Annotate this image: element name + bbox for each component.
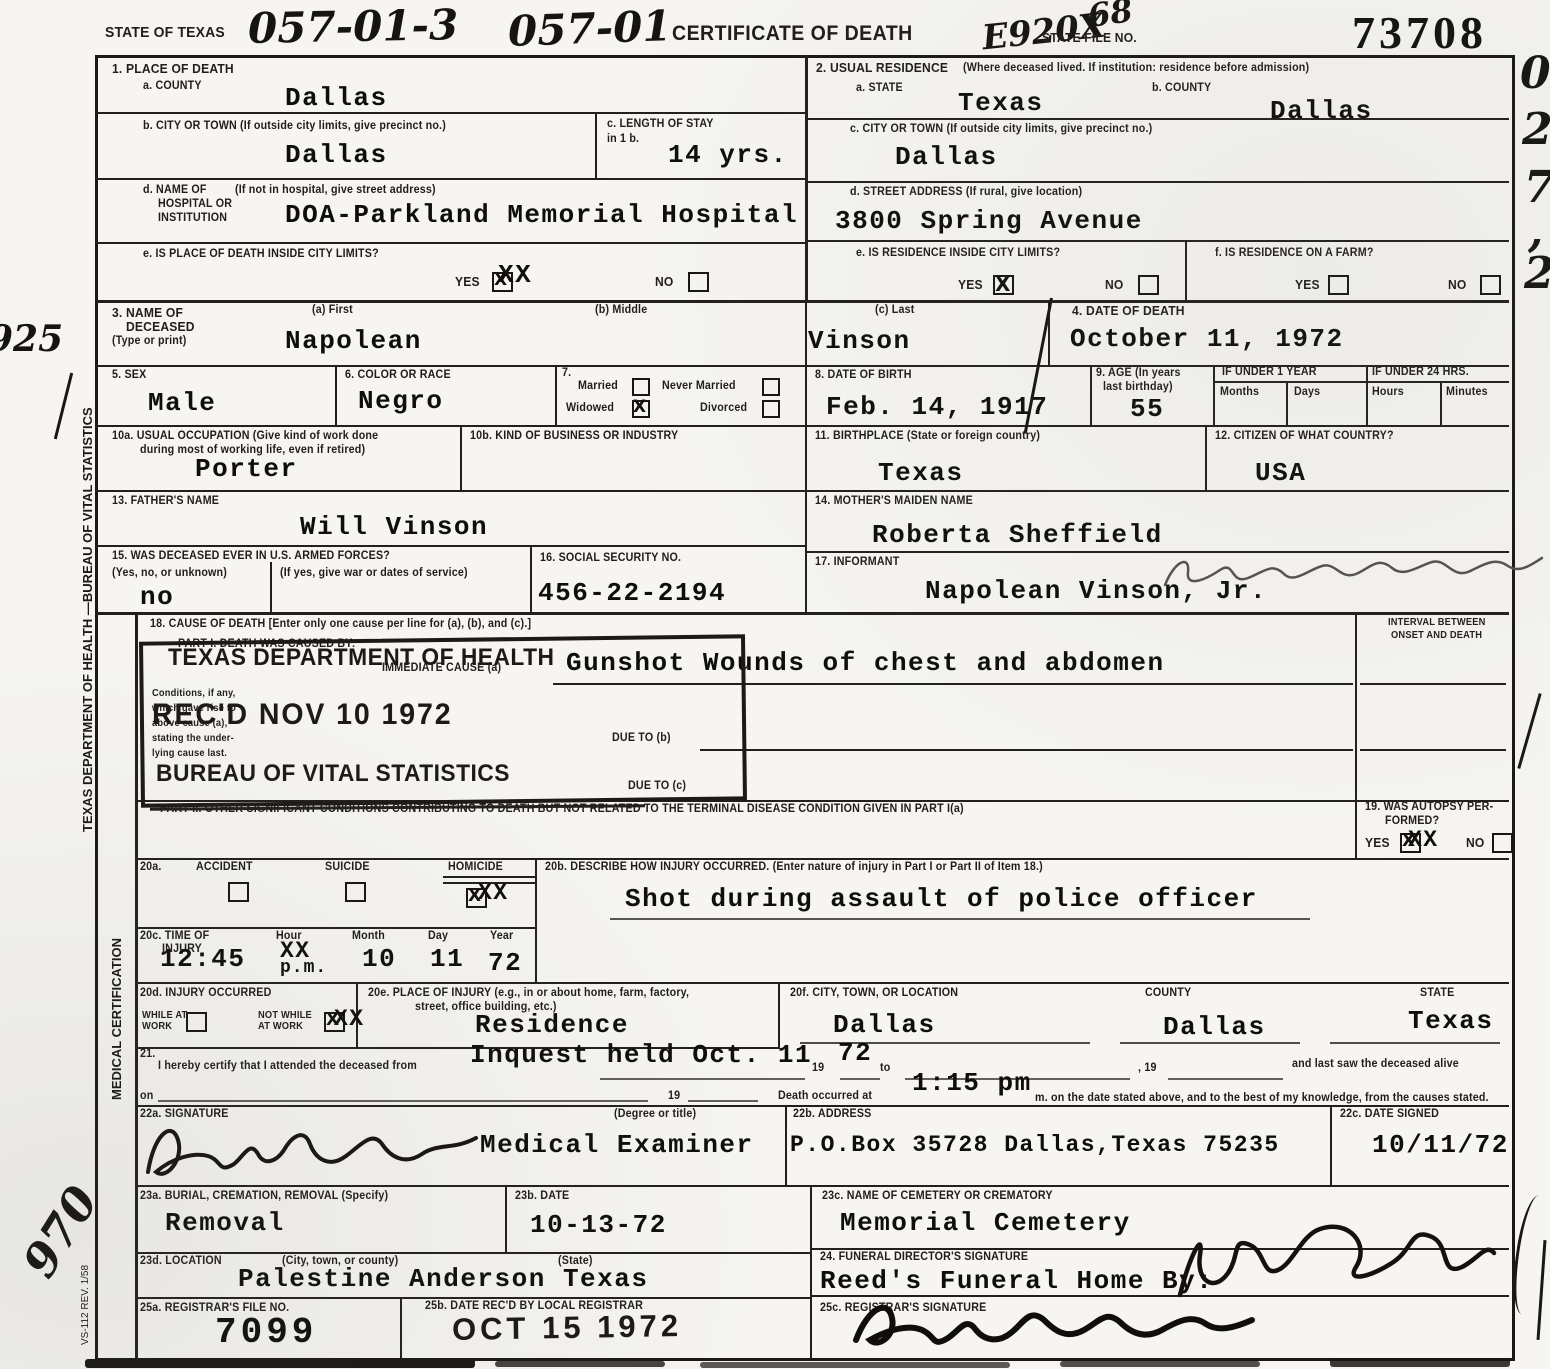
city-or-town-label: b. CITY OR TOWN (If outside city limits,…	[143, 120, 446, 132]
state-file-no-label: STATE FILE NO.	[1042, 30, 1137, 45]
not-while-at-work-label-1: NOT WHILE	[258, 1010, 312, 1021]
divider	[555, 365, 557, 425]
typed-xx-mark: XX	[478, 880, 509, 906]
ssn-value: 456-22-2194	[538, 578, 726, 608]
no-label: NO	[1466, 835, 1485, 850]
birthplace-value: Texas	[878, 458, 964, 488]
time-of-injury-label-1: 20c. TIME OF	[140, 930, 209, 942]
certify-number-label: 21.	[140, 1048, 155, 1060]
cemetery-label: 23c. NAME OF CEMETERY OR CREMATORY	[822, 1190, 1053, 1202]
type-or-print-hint: (Type or print)	[112, 335, 186, 347]
month-label: Month	[352, 930, 385, 942]
state-of-texas-label: STATE OF TEXAS	[105, 24, 225, 41]
if-under-1-year-label: IF UNDER 1 YEAR	[1222, 366, 1317, 378]
no-checkbox	[1138, 275, 1159, 295]
divider	[1213, 365, 1215, 425]
address-label: 22b. ADDRESS	[793, 1108, 872, 1120]
burial-cremation-label: 23a. BURIAL, CREMATION, REMOVAL (Specify…	[140, 1190, 388, 1202]
cause-b-line	[700, 749, 1353, 751]
divider	[135, 927, 535, 929]
divider	[95, 300, 1509, 303]
form-revision-code: VS-112 REV. 1/58	[80, 1265, 91, 1345]
scan-artifact	[1330, 1358, 1510, 1367]
typed-year-value: 72	[838, 1038, 872, 1068]
divider	[460, 425, 462, 490]
residence-state-label: a. STATE	[856, 82, 903, 94]
date-of-birth-value: Feb. 14, 1917	[826, 392, 1048, 422]
armed-forces-hint-2: (If yes, give war or dates of service)	[280, 567, 468, 579]
divider	[1213, 381, 1509, 383]
divider	[810, 1185, 812, 1358]
widowed-label: Widowed	[566, 402, 614, 414]
handwritten-stroke-left	[54, 373, 73, 440]
divider	[135, 1297, 812, 1299]
handwritten-margin-925: 925	[0, 318, 63, 360]
divider	[805, 240, 1509, 242]
stamp-line-2: REC'D NOV 10 1972	[152, 698, 452, 732]
informant-label: 17. INFORMANT	[815, 556, 899, 568]
divider	[95, 178, 805, 180]
stamp-line-3: BUREAU OF VITAL STATISTICS	[156, 760, 510, 788]
interval-label-2: ONSET AND DEATH	[1391, 630, 1482, 641]
year-label: Year	[490, 930, 513, 942]
name-of-deceased-label-1: 3. NAME OF	[112, 305, 183, 320]
armed-forces-value: no	[140, 582, 174, 612]
while-at-work-label-1: WHILE AT	[142, 1010, 187, 1021]
residence-on-farm-label: f. IS RESIDENCE ON A FARM?	[1215, 247, 1374, 259]
hospital-name-hint: (If not in hospital, give street address…	[235, 184, 436, 196]
handwritten-code-2: 057-01	[507, 1, 672, 56]
year-19-label: 19	[668, 1090, 680, 1102]
divider	[95, 545, 805, 547]
registrar-signature	[848, 1290, 1268, 1355]
injury-occurred-label: 20d. INJURY OCCURRED	[140, 987, 271, 999]
yes-label: YES	[1365, 835, 1390, 850]
no-label: NO	[655, 274, 674, 289]
place-inside-city-limits-label: e. IS PLACE OF DEATH INSIDE CITY LIMITS?	[143, 248, 379, 260]
residence-county-label: b. COUNTY	[1152, 82, 1211, 94]
fathers-name-value: Will Vinson	[300, 512, 488, 542]
date-of-birth-label: 8. DATE OF BIRTH	[815, 369, 912, 381]
underline	[158, 1100, 648, 1102]
divider	[95, 112, 805, 114]
date-received-stamp: OCT 15 1972	[452, 1308, 683, 1348]
divider	[1286, 383, 1288, 425]
divider	[135, 1252, 812, 1254]
county-value: Dallas	[285, 83, 388, 113]
residence-county-value: Dallas	[1270, 96, 1373, 126]
divider	[1330, 1105, 1332, 1185]
scan-artifact	[700, 1362, 1010, 1368]
burial-date-value: 10-13-72	[530, 1210, 667, 1240]
name-of-deceased-label-2: DECEASED	[126, 319, 195, 334]
citizen-label: 12. CITIZEN OF WHAT COUNTRY?	[1215, 430, 1394, 442]
place-of-death-label: 1. PLACE OF DEATH	[112, 61, 234, 76]
while-at-work-checkbox	[186, 1012, 207, 1032]
suicide-checkbox	[345, 882, 366, 902]
divider	[778, 982, 780, 1047]
cause-of-death-label: 18. CAUSE OF DEATH [Enter only one cause…	[150, 618, 531, 630]
divider	[1185, 240, 1187, 300]
homicide-underline-1	[443, 876, 535, 878]
interval-label-1: INTERVAL BETWEEN	[1388, 617, 1486, 628]
divider	[805, 118, 1509, 120]
street-address-value: 3800 Spring Avenue	[835, 206, 1143, 236]
burial-date-label: 23b. DATE	[515, 1190, 569, 1202]
stamp-line-1: TEXAS DEPARTMENT OF HEALTH	[168, 644, 554, 672]
age-value: 55	[1130, 394, 1164, 424]
minutes-label: Minutes	[1446, 386, 1488, 398]
divider	[530, 545, 532, 612]
first-name-label: (a) First	[312, 304, 353, 316]
year-value: 72	[488, 948, 522, 978]
underline	[840, 1078, 880, 1080]
divider	[95, 490, 1509, 492]
injury-description-value: Shot during assault of police officer	[625, 884, 1258, 914]
birthplace-label: 11. BIRTHPLACE (State or foreign country…	[815, 430, 1040, 442]
middle-name-label: (b) Middle	[595, 304, 647, 316]
months-label: Months	[1220, 386, 1259, 398]
divider	[805, 55, 808, 300]
divider	[270, 562, 272, 612]
injury-20b-label: 20b. DESCRIBE HOW INJURY OCCURRED. (Ente…	[545, 861, 1043, 873]
margin-digit-0: 0	[1520, 48, 1550, 99]
typed-xx-mark: XX	[334, 1006, 365, 1032]
not-while-at-work-label-2: AT WORK	[258, 1021, 303, 1032]
certify-text: I hereby certify that I attended the dec…	[158, 1060, 417, 1072]
street-address-label: d. STREET ADDRESS (If rural, give locati…	[850, 186, 1082, 198]
death-certificate-scan: STATE OF TEXAS 057-01-3 057-01 CERTIFICA…	[0, 0, 1550, 1369]
color-or-race-label: 6. COLOR OR RACE	[345, 369, 451, 381]
hospital-value: DOA-Parkland Memorial Hospital	[285, 200, 798, 230]
checkbox-x-mark: X	[633, 397, 646, 417]
residence-inside-limits-label: e. IS RESIDENCE INSIDE CITY LIMITS?	[856, 247, 1060, 259]
underline	[1168, 1078, 1283, 1080]
ssn-label: 16. SOCIAL SECURITY NO.	[540, 552, 681, 564]
month-value: 10	[362, 944, 396, 974]
underline	[600, 1078, 805, 1080]
state-file-number: 73708	[1352, 6, 1487, 59]
autopsy-label-1: 19. WAS AUTOPSY PER-	[1365, 801, 1493, 813]
divider	[135, 612, 138, 1358]
divider	[1355, 612, 1357, 858]
homicide-label: HOMICIDE	[448, 861, 503, 873]
vertical-agency-caption: TEXAS DEPARTMENT OF HEALTH —BUREAU OF VI…	[80, 407, 95, 832]
divorced-label: Divorced	[700, 402, 747, 414]
date-signed-value: 10/11/72	[1372, 1130, 1509, 1160]
citizen-value: USA	[1255, 458, 1306, 488]
degree-or-title-label: (Degree or title)	[614, 1108, 696, 1120]
accident-checkbox	[228, 882, 249, 902]
divider	[535, 858, 537, 982]
divider	[135, 1185, 1509, 1187]
certify-tail-text: m. on the date stated above, and to the …	[1035, 1092, 1489, 1104]
sex-value: Male	[148, 388, 216, 418]
last-name-value: Vinson	[808, 326, 911, 356]
divider	[335, 365, 337, 425]
divider	[95, 242, 805, 244]
age-label-2: last birthday)	[1103, 381, 1173, 393]
day-value: 11	[430, 944, 464, 974]
no-label: NO	[1105, 277, 1124, 292]
length-of-stay-label: c. LENGTH OF STAY	[607, 118, 714, 130]
institution-label: INSTITUTION	[158, 212, 227, 224]
divider	[1366, 365, 1368, 425]
informant-handwritten-signature	[1160, 540, 1545, 600]
underline	[1120, 1042, 1300, 1044]
yes-label: YES	[455, 274, 480, 289]
divider	[95, 612, 1509, 615]
no-checkbox	[1492, 833, 1513, 853]
margin-digit-4: 2	[1524, 248, 1550, 299]
residence-city-value: Dallas	[895, 142, 998, 172]
armed-forces-label: 15. WAS DECEASED EVER IN U.S. ARMED FORC…	[112, 550, 390, 562]
injury-state-label: STATE	[1420, 987, 1454, 999]
yes-label: YES	[1295, 277, 1320, 292]
day-label: Day	[428, 930, 448, 942]
injury-20a-label: 20a.	[140, 861, 162, 873]
margin-digit-1: 2	[1522, 104, 1550, 155]
certificate-title: CERTIFICATE OF DEATH	[672, 22, 913, 46]
location-value: Palestine Anderson Texas	[238, 1264, 648, 1294]
comma-19-label: , 19	[1138, 1062, 1157, 1074]
scan-artifact	[1060, 1361, 1260, 1367]
typed-death-time-value: 1:15 pm	[912, 1068, 1032, 1098]
scan-artifact	[495, 1361, 665, 1367]
first-name-value: Napolean	[285, 326, 422, 356]
while-at-work-label-2: WORK	[142, 1021, 172, 1032]
age-label-1: 9. AGE (In years	[1096, 367, 1181, 379]
divider	[1360, 683, 1506, 685]
handwritten-code-1: 057-01-3	[248, 0, 459, 53]
residence-city-label: c. CITY OR TOWN (If outside city limits,…	[850, 123, 1152, 135]
if-under-24-hrs-label: IF UNDER 24 HRS.	[1372, 366, 1469, 378]
married-label: Married	[578, 380, 618, 392]
death-occurred-at-label: Death occurred at	[778, 1090, 872, 1102]
sex-label: 5. SEX	[112, 369, 146, 381]
length-of-stay-value: 14 yrs.	[668, 140, 788, 170]
scan-artifact	[85, 1359, 475, 1368]
inquest-typed-value: Inquest held Oct. 11	[470, 1040, 812, 1070]
place-of-injury-value: Residence	[475, 1010, 629, 1040]
last-saw-text: and last saw the deceased alive	[1292, 1058, 1459, 1070]
yes-label: YES	[958, 277, 983, 292]
usual-residence-label: 2. USUAL RESIDENCE	[816, 60, 948, 75]
race-value: Negro	[358, 386, 444, 416]
address-value: P.O.Box 35728 Dallas,Texas 75235	[790, 1132, 1280, 1158]
marital-status-label: 7.	[562, 367, 571, 379]
hours-label: Hours	[1372, 386, 1404, 398]
funeral-director-signature-label: 24. FUNERAL DIRECTOR'S SIGNATURE	[820, 1251, 1028, 1263]
registrar-file-no-value: 7099	[215, 1312, 317, 1353]
city-value: Dallas	[285, 140, 388, 170]
year-19-label: 19	[812, 1062, 824, 1074]
never-married-checkbox	[762, 378, 780, 396]
usual-residence-hint: (Where deceased lived. If institution: r…	[963, 62, 1309, 74]
checkbox-x-mark: X	[995, 272, 1010, 296]
divider	[1440, 383, 1442, 425]
underline	[688, 1100, 758, 1102]
fathers-name-label: 13. FATHER'S NAME	[112, 495, 219, 507]
occupation-value: Porter	[195, 454, 298, 484]
medical-examiner-signature	[142, 1112, 482, 1184]
days-label: Days	[1294, 386, 1320, 398]
divider	[595, 112, 597, 178]
divider	[135, 1105, 1509, 1107]
ampm-value: p.m.	[280, 958, 327, 978]
residence-state-value: Texas	[958, 88, 1044, 118]
hospital-name-label: d. NAME OF	[143, 184, 207, 196]
mothers-maiden-name-value: Roberta Sheffield	[872, 520, 1163, 550]
underline	[1330, 1042, 1500, 1044]
date-of-death-label: 4. DATE OF DEATH	[1072, 303, 1185, 318]
injury-state-value: Texas	[1408, 1006, 1494, 1036]
date-of-death-value: October 11, 1972	[1070, 324, 1344, 354]
accident-label: ACCIDENT	[196, 861, 253, 873]
divorced-checkbox	[762, 400, 780, 418]
hospital-or-label: HOSPITAL OR	[158, 198, 232, 210]
no-checkbox	[1480, 275, 1501, 295]
never-married-label: Never Married	[662, 380, 736, 392]
divider	[785, 1105, 787, 1185]
burial-value: Removal	[165, 1208, 285, 1238]
divider	[1205, 425, 1207, 490]
business-industry-label: 10b. KIND OF BUSINESS OR INDUSTRY	[470, 430, 678, 442]
last-name-label: (c) Last	[875, 304, 915, 316]
underline	[610, 918, 1310, 920]
divider	[505, 1185, 507, 1252]
injury-county-value: Dallas	[1163, 1012, 1266, 1042]
degree-or-title-value: Medical Examiner	[480, 1130, 754, 1160]
injury-city-label: 20f. CITY, TOWN, OR LOCATION	[790, 987, 958, 999]
cemetery-value: Memorial Cemetery	[840, 1208, 1131, 1238]
divider	[1360, 749, 1506, 751]
autopsy-label-2: FORMED?	[1385, 815, 1439, 827]
typed-xx-mark: XX	[498, 260, 532, 290]
county-label: a. COUNTY	[143, 80, 202, 92]
typed-xx-mark: XX	[1408, 827, 1439, 853]
to-label: to	[880, 1062, 890, 1074]
divider	[400, 1297, 402, 1358]
no-checkbox	[688, 272, 709, 292]
no-label: NO	[1448, 277, 1467, 292]
mothers-maiden-name-label: 14. MOTHER'S MAIDEN NAME	[815, 495, 973, 507]
time-value: 12:45	[160, 944, 246, 974]
divider	[135, 982, 1509, 984]
divider	[1090, 365, 1092, 425]
occupation-label-1: 10a. USUAL OCCUPATION (Give kind of work…	[112, 430, 378, 442]
divider	[805, 181, 1509, 183]
handwritten-stroke-right-1	[1517, 693, 1541, 769]
divider	[95, 425, 1509, 427]
armed-forces-hint-1: (Yes, no, or unknown)	[112, 567, 227, 579]
injury-county-label: COUNTY	[1145, 987, 1191, 999]
on-label: on	[140, 1090, 153, 1102]
yes-checkbox	[1328, 275, 1349, 295]
injury-city-value: Dallas	[833, 1010, 936, 1040]
divider	[805, 300, 807, 612]
length-of-stay-sublabel: in 1 b.	[607, 133, 639, 145]
suicide-label: SUICIDE	[325, 861, 370, 873]
date-signed-label: 22c. DATE SIGNED	[1340, 1108, 1439, 1120]
location-label: 23d. LOCATION	[140, 1255, 222, 1267]
divider	[135, 858, 1509, 860]
place-of-injury-label-1: 20e. PLACE OF INJURY (e.g., in or about …	[368, 987, 689, 999]
married-checkbox	[632, 378, 650, 396]
